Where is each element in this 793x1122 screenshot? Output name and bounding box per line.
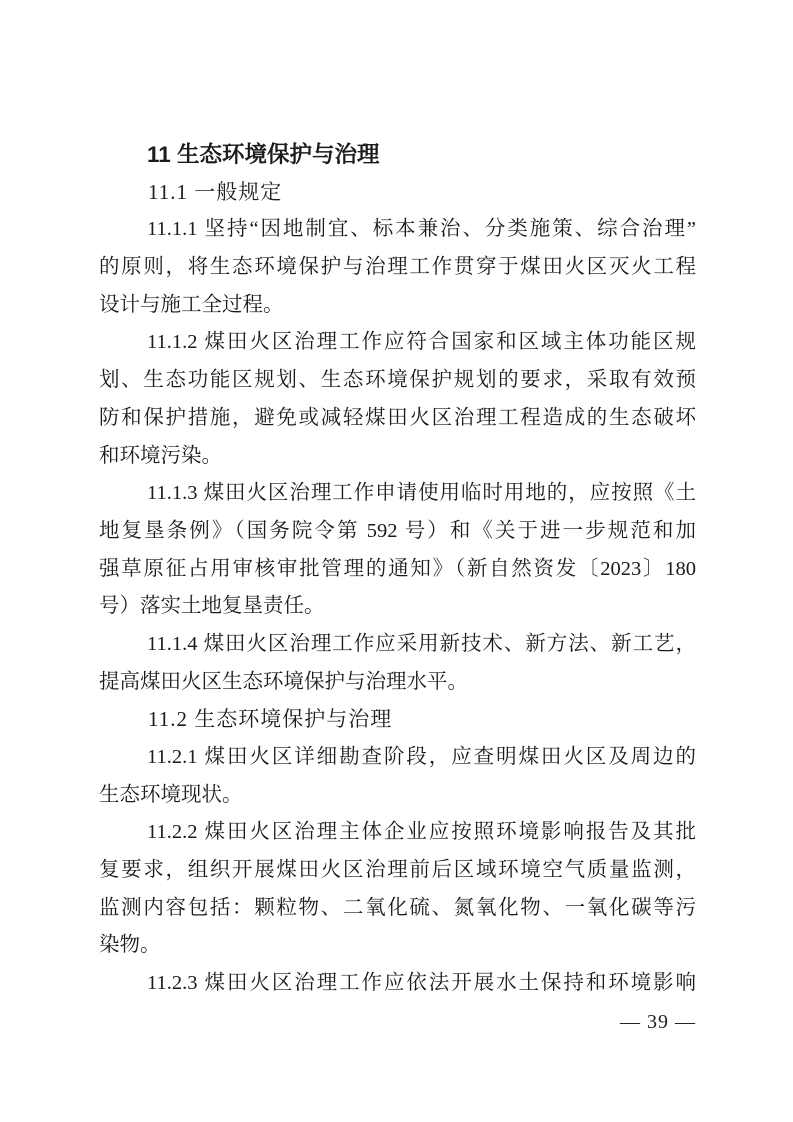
text-line: 复要求，组织开展煤田火区治理前后区域环境空气质量监测， (99, 852, 696, 890)
chapter-heading: 11 生态环境保护与治理 (99, 136, 696, 174)
text-line: 设计与施工全过程。 (99, 287, 696, 325)
text-line: 11.2.1 煤田火区详细勘查阶段，应查明煤田火区及周边的 (99, 739, 696, 777)
text-line: 地复垦条例》（国务院令第 592 号）和《关于进一步规范和加 (99, 513, 696, 551)
section-heading-11-1: 11.1 一般规定 (99, 174, 696, 212)
text-line: 的原则，将生态环境保护与治理工作贯穿于煤田火区灭火工程 (99, 249, 696, 287)
text-line: 11.2.2 煤田火区治理主体企业应按照环境影响报告及其批 (99, 814, 696, 852)
text-line: 和环境污染。 (99, 438, 696, 476)
document-body: 11 生态环境保护与治理 11.1 一般规定 11.1.1 坚持“因地制宜、标本… (99, 136, 696, 1003)
text-line: 染物。 (99, 927, 696, 965)
text-line: 监测内容包括：颗粒物、二氧化硫、氮氧化物、一氧化碳等污 (99, 890, 696, 928)
page-number: — 39 — (99, 1008, 696, 1036)
text-line: 提高煤田火区生态环境保护与治理水平。 (99, 664, 696, 702)
text-line: 生态环境现状。 (99, 777, 696, 815)
text-line: 11.2.3 煤田火区治理工作应依法开展水土保持和环境影响 (99, 965, 696, 1003)
text-line: 划、生态功能区规划、生态环境保护规划的要求，采取有效预 (99, 362, 696, 400)
text-line: 11.1.3 煤田火区治理工作申请使用临时用地的，应按照《土 (99, 475, 696, 513)
text-line: 强草原征占用审核审批管理的通知》（新自然资发〔2023〕180 (99, 551, 696, 589)
text-line: 11.1.1 坚持“因地制宜、标本兼治、分类施策、综合治理” (99, 211, 696, 249)
text-line: 11.1.2 煤田火区治理工作应符合国家和区域主体功能区规 (99, 324, 696, 362)
text-line: 防和保护措施，避免或减轻煤田火区治理工程造成的生态破坏 (99, 400, 696, 438)
text-line: 11.1.4 煤田火区治理工作应采用新技术、新方法、新工艺， (99, 626, 696, 664)
section-heading-11-2: 11.2 生态环境保护与治理 (99, 701, 696, 739)
text-line: 号）落实土地复垦责任。 (99, 588, 696, 626)
document-page: 11 生态环境保护与治理 11.1 一般规定 11.1.1 坚持“因地制宜、标本… (0, 0, 793, 1122)
